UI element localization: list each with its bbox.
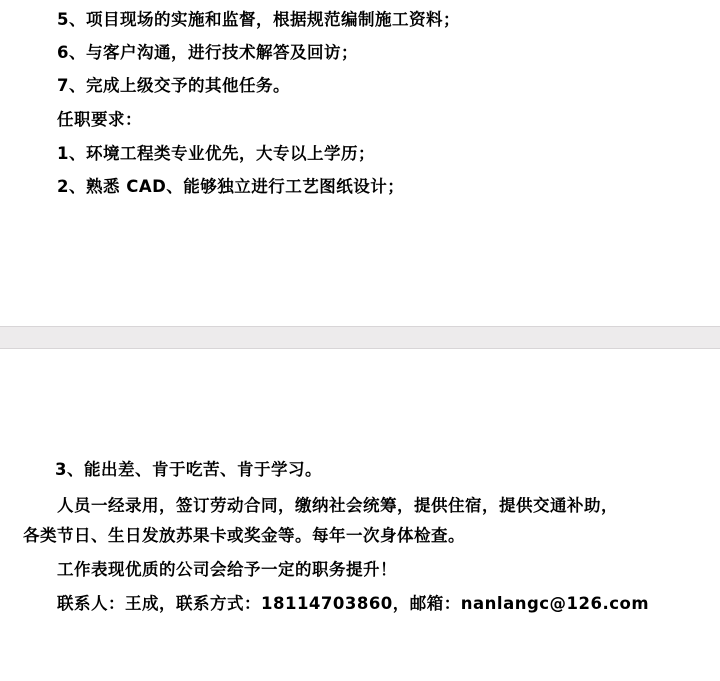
requirement-item-3: 3、能出差、肯于吃苦、肯于学习。 bbox=[55, 460, 322, 479]
page-2: 3、能出差、肯于吃苦、肯于学习。 人员一经录用，签订劳动合同，缴纳社会统筹，提供… bbox=[0, 349, 720, 681]
duty-item-5: 5、项目现场的实施和监督，根据规范编制施工资料； bbox=[57, 10, 460, 29]
requirement-item-2: 2、熟悉 CAD、能够独立进行工艺图纸设计； bbox=[57, 177, 404, 196]
duty-item-6: 6、与客户沟通，进行技术解答及回访； bbox=[57, 43, 358, 62]
document-viewport: 5、项目现场的实施和监督，根据规范编制施工资料； 6、与客户沟通，进行技术解答及… bbox=[0, 0, 720, 681]
requirement-item-1: 1、环境工程类专业优先，大专以上学历； bbox=[57, 144, 375, 163]
contact-info-line: 联系人：王成，联系方式：18114703860，邮箱：nanlangc@126.… bbox=[57, 594, 649, 613]
page-1: 5、项目现场的实施和监督，根据规范编制施工资料； 6、与客户沟通，进行技术解答及… bbox=[0, 0, 720, 326]
benefits-paragraph-line-2: 各类节日、生日发放苏果卡或奖金等。每年一次身体检查。 bbox=[23, 526, 465, 545]
duty-item-7: 7、完成上级交予的其他任务。 bbox=[57, 76, 290, 95]
benefits-paragraph-line-1: 人员一经录用，签订劳动合同，缴纳社会统筹，提供住宿，提供交通补助， bbox=[57, 496, 618, 515]
page-break-gap bbox=[0, 326, 720, 349]
promotion-statement: 工作表现优质的公司会给予一定的职务提升！ bbox=[57, 560, 397, 579]
section-heading-job-requirements: 任职要求： bbox=[57, 110, 142, 129]
